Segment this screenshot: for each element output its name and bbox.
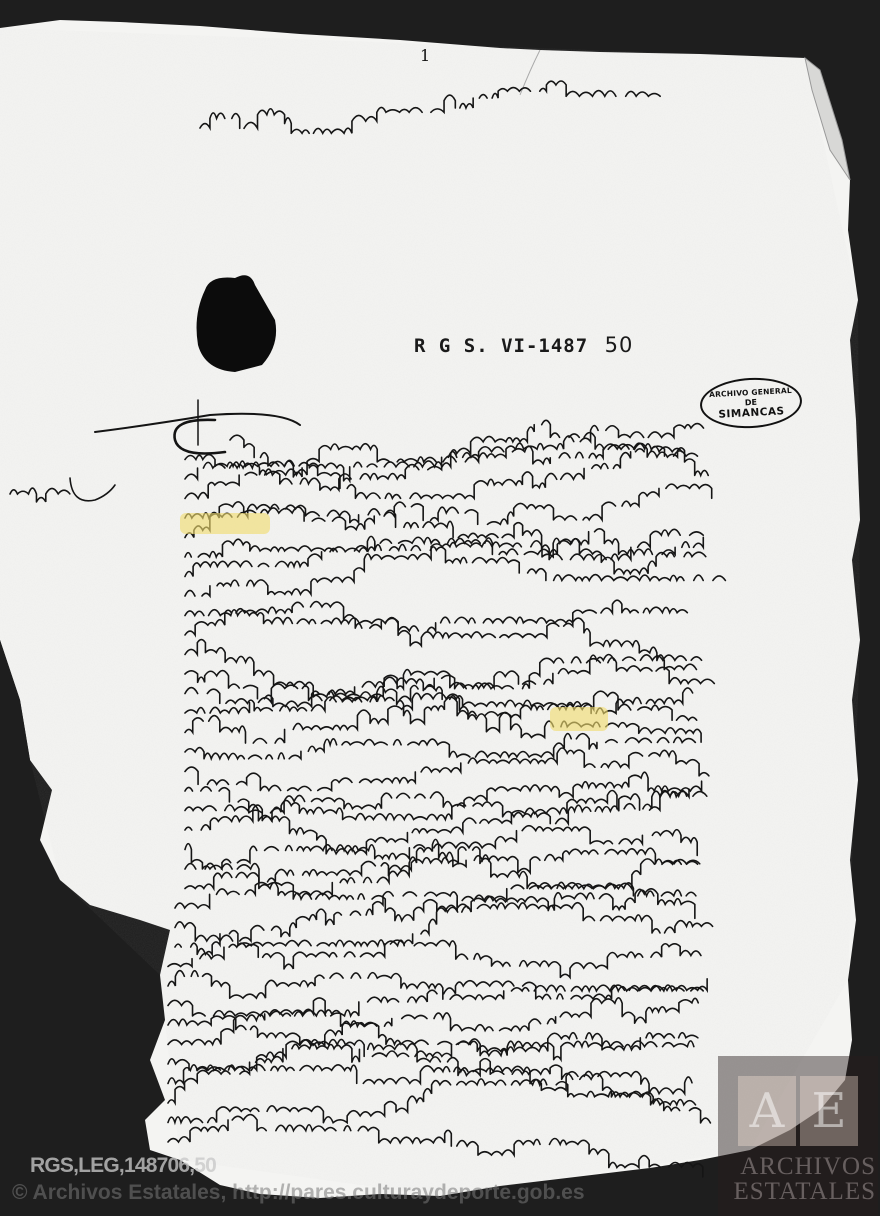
- ae-logo-mark: A E: [738, 1076, 858, 1146]
- manuscript-page: [0, 0, 880, 1216]
- document-viewer: 1 Carta ... (illegible secretary hand) R…: [0, 0, 880, 1216]
- ae-logo-text: ARCHIVOS ESTATALES: [726, 1154, 876, 1204]
- folio-mark: 1: [420, 46, 430, 65]
- heading-script: Carta ... (illegible secretary hand): [188, 98, 745, 133]
- highlighted-word-2[interactable]: [550, 707, 608, 731]
- folio-number: 50: [605, 333, 634, 357]
- logo-letter-a: A: [738, 1076, 796, 1146]
- highlighted-word-1[interactable]: [180, 513, 270, 534]
- logo-text-line-1: ARCHIVOS: [726, 1154, 876, 1179]
- logo-text-line-2: ESTATALES: [726, 1179, 876, 1204]
- copyright-watermark: © Archivos Estatales, http://pares.cultu…: [12, 1181, 585, 1205]
- logo-letter-e: E: [800, 1076, 858, 1146]
- archive-reference-caption: RGS,LEG,148706,50: [30, 1154, 216, 1178]
- signature-reference: R G S. VI-1487 50: [414, 333, 633, 357]
- stamp-line-3: SIMANCAS: [718, 405, 785, 420]
- signature-reference-text: R G S. VI-1487: [414, 335, 588, 357]
- archivos-estatales-logo: A E ARCHIVOS ESTATALES: [718, 1056, 878, 1216]
